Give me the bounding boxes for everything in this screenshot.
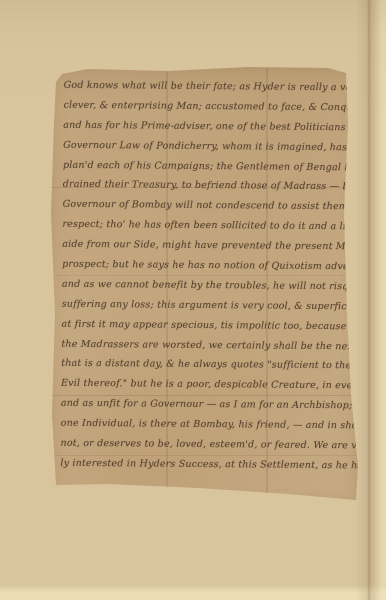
letter-body-text: God knows what will be their fate; as Hy… (60, 76, 349, 476)
letter-line: Governour of Bombay will not condescend … (63, 195, 349, 217)
letter-line: suffering any loss; this argument is ver… (62, 295, 348, 317)
letter-line: Governour Law of Pondicherry, whom it is… (63, 135, 349, 157)
letter-line: and as we cannot benefit by the troubles… (62, 275, 348, 297)
letter-line: drained their Treasury, to befriend thos… (63, 175, 349, 197)
letter-line: the Madrassers are worsted, we certainly… (61, 334, 347, 356)
letter-line: prospect; but he says he has no notion o… (62, 255, 348, 277)
photo-of-letter: God knows what will be their fate; as Hy… (0, 0, 386, 600)
letter-line: ly interested in Hyders Success, at this… (60, 454, 346, 476)
letter-line: respect; tho' he has often been sollicit… (62, 215, 348, 237)
letter-line: Evil thereof." but he is a poor, despica… (61, 374, 347, 396)
letter-line: aide from our Side, might have prevented… (62, 235, 348, 257)
letter-line: and has for his Prime-adviser, one of th… (63, 116, 349, 138)
letter-line: one Individual, is there at Bombay, his … (61, 414, 347, 436)
letter-line: plan'd each of his Campaigns; the Gentle… (63, 155, 349, 177)
letter-line: and as unfit for a Governour — as I am f… (61, 394, 347, 416)
letter-line: at first it may appear specious, tis imp… (61, 314, 347, 336)
letter-line: clever, & enterprising Man; accustomed t… (63, 96, 349, 118)
letter-line: God knows what will be their fate; as Hy… (64, 76, 350, 98)
letter-line: that is a distant day, & he always quote… (61, 354, 347, 376)
letter-line: not, or deserves to be, loved, esteem'd,… (60, 434, 346, 456)
letter-page: God knows what will be their fate; as Hy… (48, 64, 360, 506)
album-page-crease (368, 0, 370, 600)
